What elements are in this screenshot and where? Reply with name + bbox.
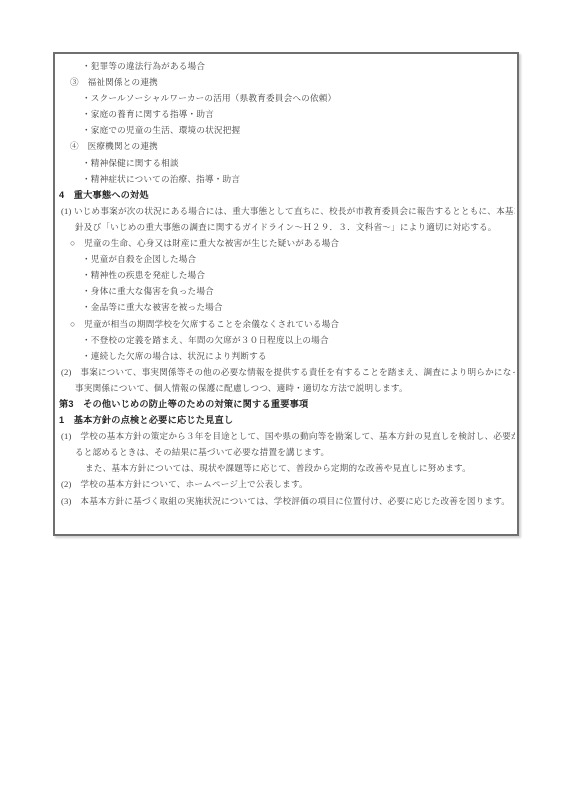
document-line: ・精神症状についての治療、指導・助言 — [57, 171, 515, 187]
section-heading: 第3 その他いじめの防止等のための対策に関する重要事項 — [57, 396, 515, 412]
document-line: (2) 事案について、事実関係等その他の必要な情報を提供する責任を有することを踏… — [57, 364, 515, 380]
document-line: ○ 児童が相当の期間学校を欠席することを余儀なくされている場合 — [57, 316, 515, 332]
document-line: ・身体に重大な傷害を負った場合 — [57, 283, 515, 299]
document-line: 事実関係について、個人情報の保護に配慮しつつ、適時・適切な方法で説明します。 — [57, 380, 515, 396]
document-line: ・精神性の疾患を発症した場合 — [57, 267, 515, 283]
document-line: ○ 児童の生命、心身又は財産に重大な被害が生じた疑いがある場合 — [57, 235, 515, 251]
document-line: ると認めるときは、その結果に基づいて必要な措置を講じます。 — [57, 444, 515, 460]
document-line: (1) 学校の基本方針の策定から３年を目途として、国や県の動向等を勘案して、基本… — [57, 428, 515, 444]
section-heading: 4 重大事態への対処 — [57, 187, 515, 203]
document-line: ・金品等に重大な被害を被った場合 — [57, 299, 515, 315]
document-line: ・家庭の養育に関する指導・助言 — [57, 106, 515, 122]
document-content: ・犯罪等の違法行為がある場合 ③ 福祉関係との連携 ・スクールソーシャルワーカー… — [55, 54, 517, 509]
document-line: ④ 医療機関との連携 — [57, 138, 515, 154]
document-line: ・家庭での児童の生活、環境の状況把握 — [57, 122, 515, 138]
document-line: ・不登校の定義を踏まえ、年間の欠席が３０日程度以上の場合 — [57, 332, 515, 348]
document-line: ・精神保健に関する相談 — [57, 155, 515, 171]
document-line: ・連続した欠席の場合は、状況により判断する — [57, 348, 515, 364]
document-line: ③ 福祉関係との連携 — [57, 74, 515, 90]
document-border-box: ・犯罪等の違法行為がある場合 ③ 福祉関係との連携 ・スクールソーシャルワーカー… — [53, 52, 519, 536]
document-line: ・スクールソーシャルワーカーの活用（県教育委員会への依頼） — [57, 90, 515, 106]
document-line: (2) 学校の基本方針について、ホームページ上で公表します。 — [57, 476, 515, 492]
document-line: (3) 本基本方針に基づく取組の実施状況については、学校評価の項目に位置付け、必… — [57, 493, 515, 509]
document-line: また、基本方針については、現状や課題等に応じて、普段から定期的な改善や見直しに努… — [57, 460, 515, 476]
section-heading: 1 基本方針の点検と必要に応じた見直し — [57, 412, 515, 428]
document-line: ・犯罪等の違法行為がある場合 — [57, 58, 515, 74]
document-line: 針及び「いじめの重大事態の調査に関するガイドライン～Ｈ２９．３．文科省～」により… — [57, 219, 515, 235]
document-line: ・児童が自殺を企図した場合 — [57, 251, 515, 267]
document-line: (1) いじめ事案が次の状況にある場合には、重大事態として直ちに、校長が市教育委… — [57, 203, 515, 219]
scanned-document-page: ・犯罪等の違法行為がある場合 ③ 福祉関係との連携 ・スクールソーシャルワーカー… — [0, 0, 566, 800]
